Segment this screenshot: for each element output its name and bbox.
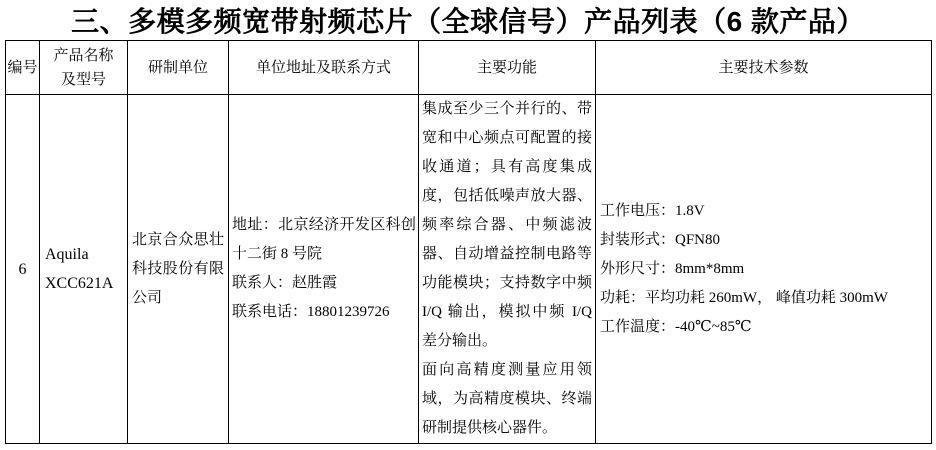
cell-row-number: 6 bbox=[6, 95, 40, 444]
header-row: 编号 产品名称 及型号 研制单位 单位地址及联系方式 主要功能 主要技术参数 bbox=[6, 41, 932, 95]
cell-tech-parameters: 工作电压：1.8V 封装形式：QFN80 外形尺寸：8mm*8mm 功耗：平均功… bbox=[596, 95, 932, 444]
col-header-address: 单位地址及联系方式 bbox=[229, 41, 419, 95]
cell-product-name-model: Aquila XCC621A bbox=[40, 95, 128, 444]
col-header-id: 编号 bbox=[6, 41, 40, 95]
col-header-functions: 主要功能 bbox=[419, 41, 596, 95]
cell-address-contact: 地址：北京经济开发区科创十二街 8 号院 联系人：赵胜霞 联系电话：188012… bbox=[229, 95, 419, 444]
cell-developer-unit: 北京合众思壮科技股份有限公司 bbox=[128, 95, 229, 444]
col-header-product: 产品名称 及型号 bbox=[40, 41, 128, 95]
product-table: 编号 产品名称 及型号 研制单位 单位地址及联系方式 主要功能 主要技术参数 6… bbox=[5, 40, 932, 444]
table-row: 6 Aquila XCC621A 北京合众思壮科技股份有限公司 地址：北京经济开… bbox=[6, 95, 932, 444]
cell-main-functions: 集成至少三个并行的、带宽和中心频点可配置的接收通道；具有高度集成度，包括低噪声放… bbox=[419, 95, 596, 444]
col-header-developer: 研制单位 bbox=[128, 41, 229, 95]
document-page: 三、多模多频宽带射频芯片（全球信号）产品列表（6 款产品） 编号 产品名称 及型… bbox=[0, 0, 936, 450]
col-header-specs: 主要技术参数 bbox=[596, 41, 932, 95]
page-title: 三、多模多频宽带射频芯片（全球信号）产品列表（6 款产品） bbox=[0, 0, 936, 40]
